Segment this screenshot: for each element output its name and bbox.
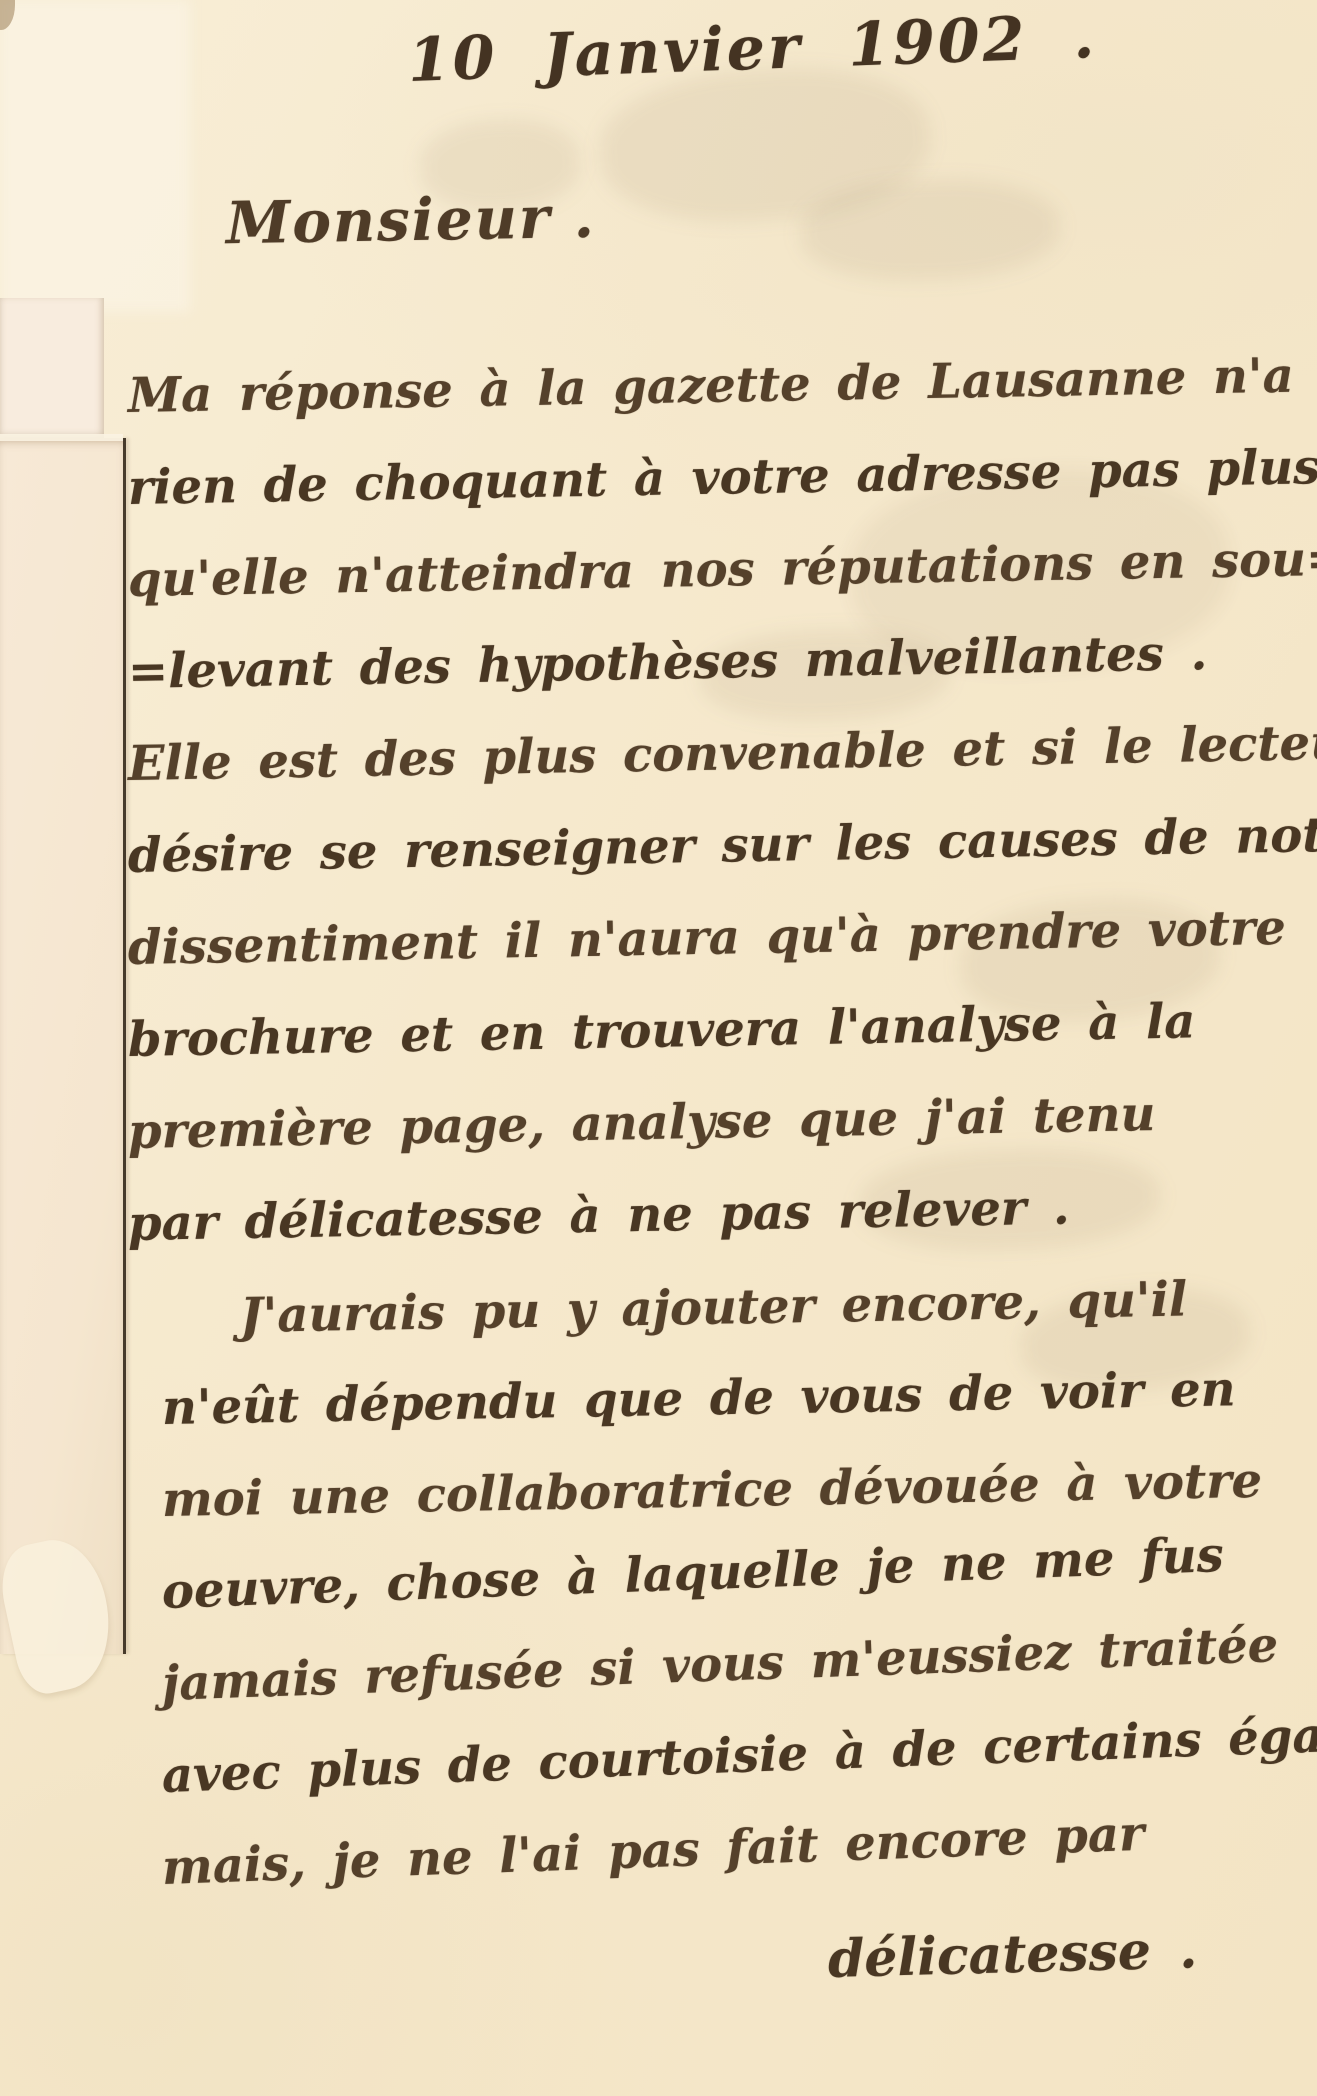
paper-hinge-upper-layer bbox=[0, 298, 104, 440]
letter-date: 10 Janvier 1902 . bbox=[407, 2, 1098, 96]
paper-light-patch bbox=[0, 0, 190, 312]
letter-line: par délicatesse à ne pas relever . bbox=[127, 1158, 1288, 1270]
letter-page: 10 Janvier 1902 . Monsieur . Ma réponse … bbox=[0, 0, 1317, 2096]
letter-closing-word: délicatesse . bbox=[827, 1902, 1289, 2006]
torn-paper-strip bbox=[0, 438, 126, 1654]
letter-salutation: Monsieur . bbox=[225, 183, 596, 257]
letter-body: Ma réponse à la gazette de Lausanne n'a … bbox=[128, 350, 1288, 2006]
